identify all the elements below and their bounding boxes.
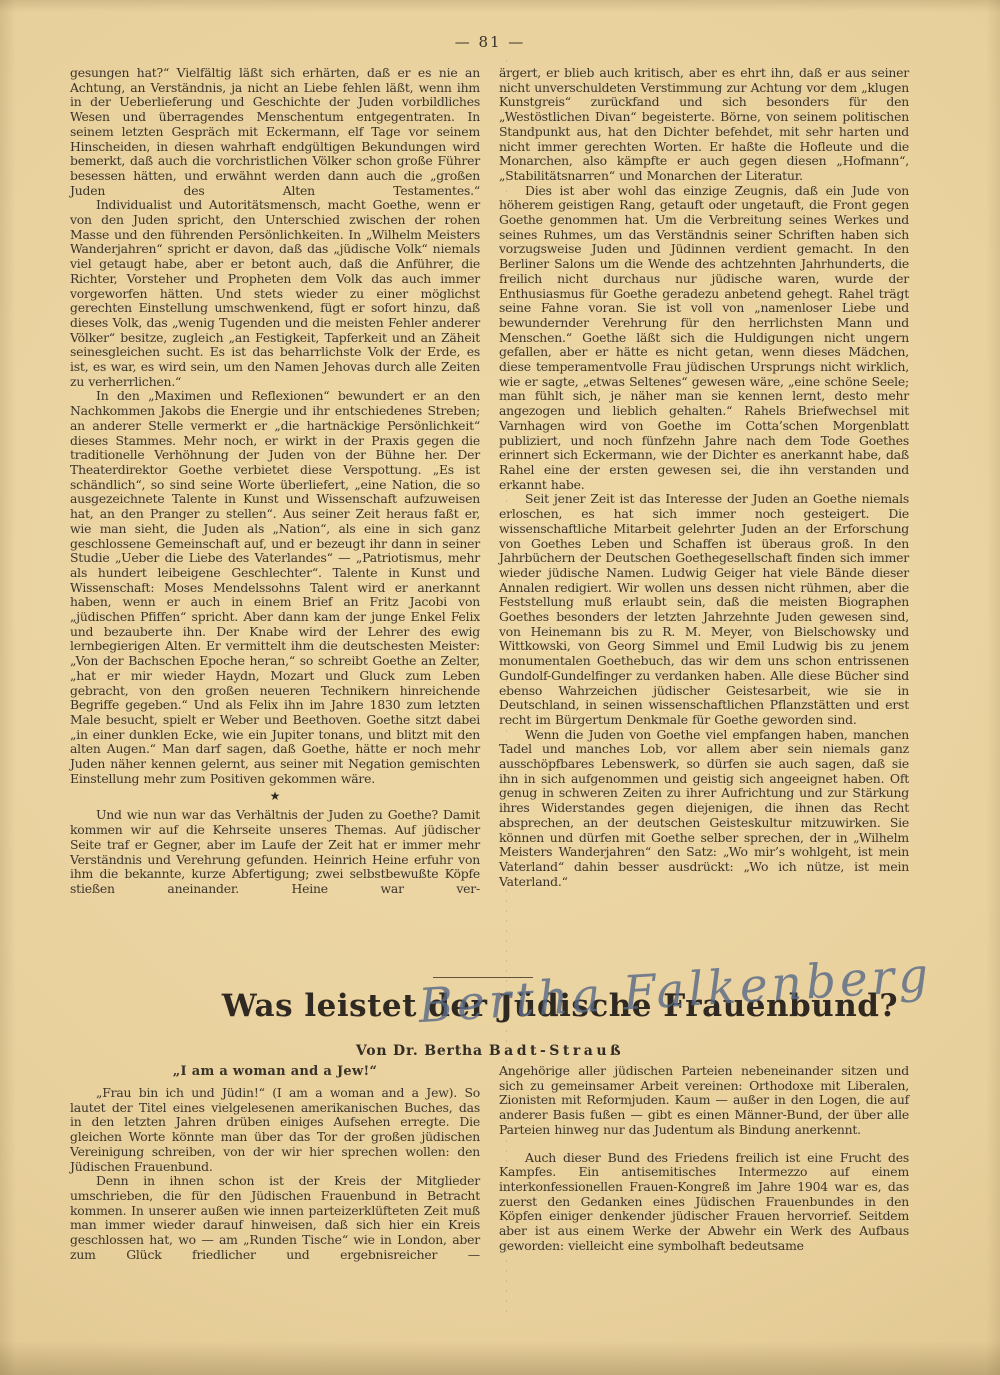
paragraph: In den „Maximen und Reflexionen“ bewunde… bbox=[70, 389, 480, 786]
paragraph: Und wie nun war das Verhältnis der Juden… bbox=[70, 808, 480, 896]
goethe-article-right-column: ärgert, er blieb auch kritisch, aber es … bbox=[499, 66, 909, 889]
article-byline: Von Dr. BerthaBadt-Strauß bbox=[70, 1043, 910, 1059]
paragraph: Individualist und Autoritätsmensch, mach… bbox=[70, 198, 480, 389]
frauenbund-article-right-column: Angehörige aller jüdischen Parteien nebe… bbox=[499, 1064, 909, 1253]
paragraph: Dies ist aber wohl das einzige Zeugnis, … bbox=[499, 184, 909, 493]
byline-author-name: Badt-Strauß bbox=[489, 1043, 624, 1059]
paragraph: Denn in ihnen schon ist der Kreis der Mi… bbox=[70, 1174, 480, 1262]
paragraph: „Frau bin ich und Jüdin!“ (I am a woman … bbox=[70, 1086, 480, 1174]
paragraph: Auch dieser Bund des Friedens freilich i… bbox=[499, 1151, 909, 1254]
epigraph: „I am a woman and a Jew!“ bbox=[70, 1064, 480, 1079]
paragraph: Wenn die Juden von Goethe viel empfangen… bbox=[499, 728, 909, 890]
paragraph: ärgert, er blieb auch kritisch, aber es … bbox=[499, 66, 909, 184]
page-number: — 81 — bbox=[0, 33, 980, 51]
paragraph: Seit jener Zeit ist das Interesse der Ju… bbox=[499, 492, 909, 727]
frauenbund-article-left-column: „I am a woman and a Jew!“ „Frau bin ich … bbox=[70, 1064, 480, 1262]
goethe-article-left-column: gesungen hat?“ Vielfältig läßt sich erhä… bbox=[70, 66, 480, 897]
paragraph: gesungen hat?“ Vielfältig läßt sich erhä… bbox=[70, 66, 480, 198]
paragraph: Angehörige aller jüdischen Parteien nebe… bbox=[499, 1064, 909, 1138]
byline-prefix: Von Dr. Bertha bbox=[356, 1043, 483, 1059]
star-separator: ★ bbox=[70, 787, 480, 806]
